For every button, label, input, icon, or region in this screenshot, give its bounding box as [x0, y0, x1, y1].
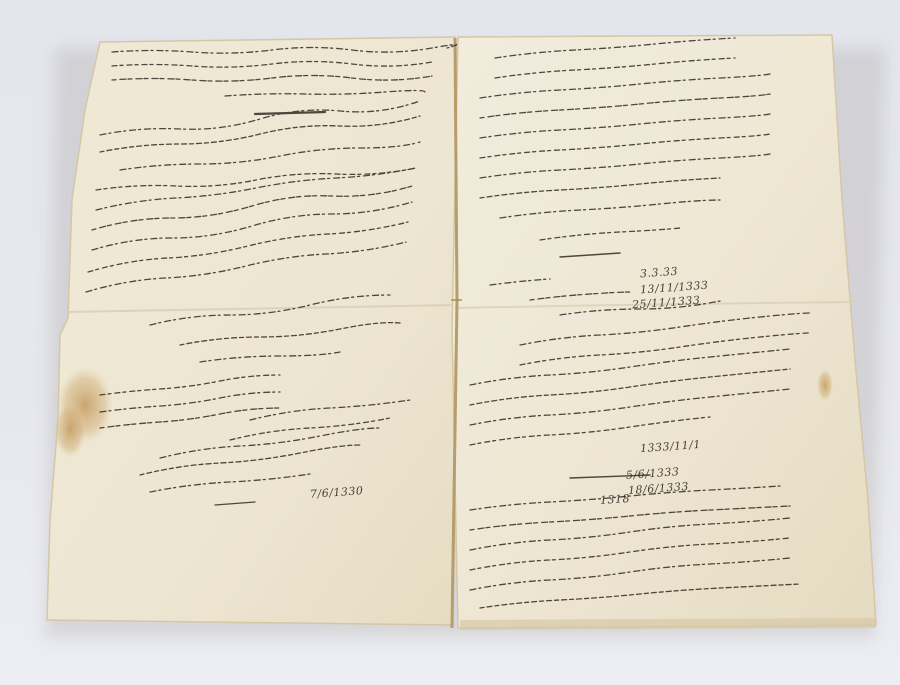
date-annotation: 1318 — [600, 492, 631, 507]
date-annotation: 3.3.33 — [640, 265, 679, 281]
left-page — [47, 37, 456, 625]
right-page — [452, 35, 876, 630]
manuscript-document — [0, 0, 900, 685]
photo-scene: 3.3.33 13/11/1333 25/11/1333 1333/11/1 5… — [0, 0, 900, 685]
